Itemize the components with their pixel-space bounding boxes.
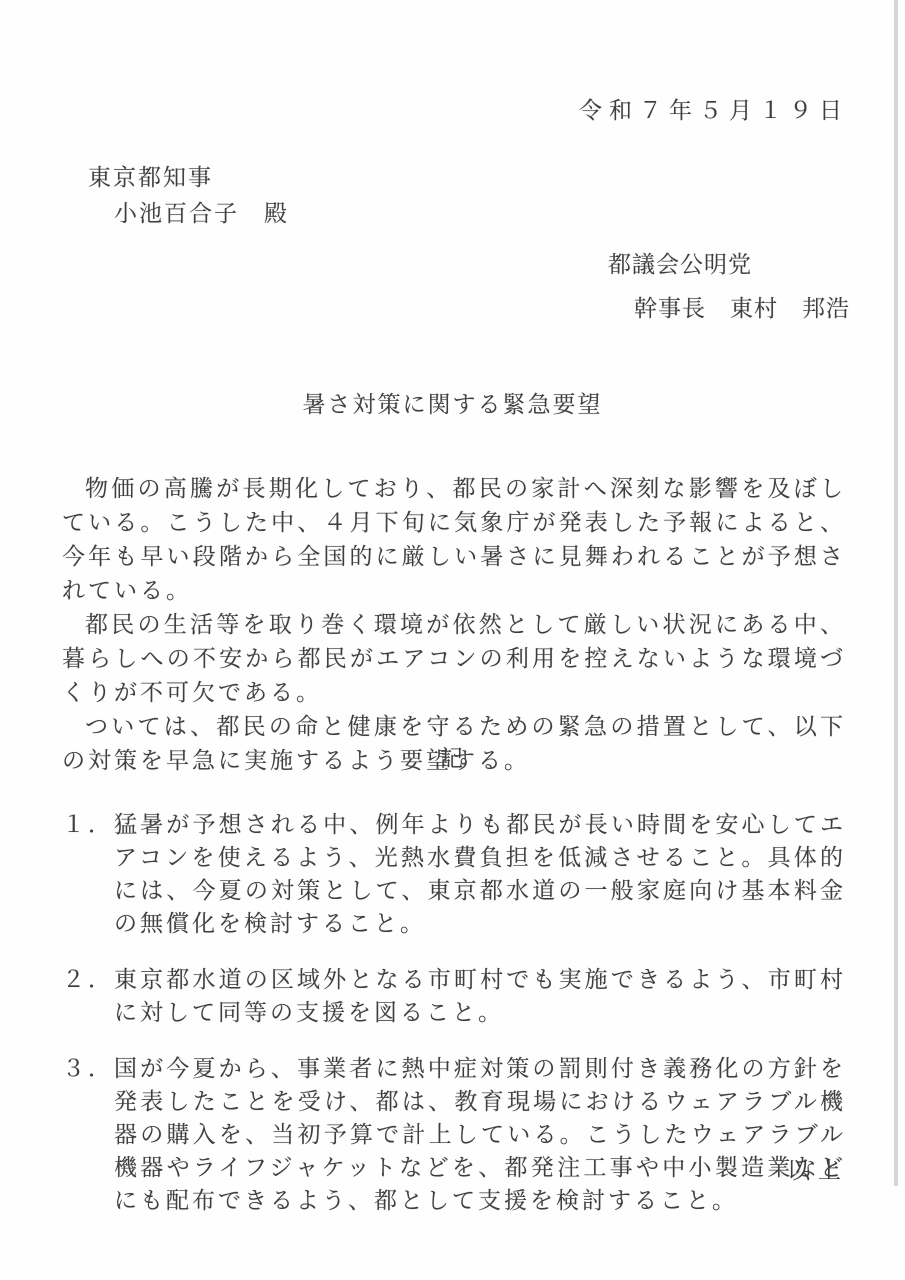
scan-edge-line — [894, 0, 898, 1186]
request-item: ２． 東京都水道の区域外となる市町村でも実施できるよう、市町村に対して同等の支援… — [62, 963, 846, 1029]
document-date: 令和７年５月１９日 — [579, 92, 849, 125]
item-number: １． — [62, 808, 114, 940]
item-text: 国が今夏から、事業者に熱中症対策の罰則付き義務化の方針を発表したことを受け、都は… — [114, 1052, 846, 1217]
request-item: １． 猛暑が予想される中、例年よりも都民が長い時間を安心してエアコンを使えるよう… — [62, 808, 846, 940]
item-number: ２． — [62, 963, 114, 1029]
document-page: 令和７年５月１９日 東京都知事 小池百合子 殿 都議会公明党 幹事長 東村 邦浩… — [0, 0, 905, 1280]
note-marker: 記 — [0, 740, 905, 773]
sender-organization: 都議会公明党 — [608, 248, 850, 282]
document-title: 暑さ対策に関する緊急要望 — [0, 386, 905, 419]
recipient-block: 東京都知事 小池百合子 殿 — [88, 160, 289, 232]
body-paragraph: 物価の高騰が長期化しており、都民の家計へ深刻な影響を及ぼしている。こうした中、４… — [62, 472, 846, 608]
recipient-name: 小池百合子 殿 — [114, 196, 289, 232]
body-paragraph: 都民の生活等を取り巻く環境が依然として厳しい状況にある中、暮らしへの不安から都民… — [62, 608, 846, 710]
item-text: 東京都水道の区域外となる市町村でも実施できるよう、市町村に対して同等の支援を図る… — [114, 963, 846, 1029]
request-item: ３． 国が今夏から、事業者に熱中症対策の罰則付き義務化の方針を発表したことを受け… — [62, 1052, 846, 1217]
recipient-office: 東京都知事 — [88, 160, 289, 196]
sender-block: 都議会公明党 幹事長 東村 邦浩 — [608, 248, 850, 326]
item-number: ３． — [62, 1052, 114, 1217]
request-items-list: １． 猛暑が予想される中、例年よりも都民が長い時間を安心してエアコンを使えるよう… — [62, 808, 846, 1240]
body-text: 物価の高騰が長期化しており、都民の家計へ深刻な影響を及ぼしている。こうした中、４… — [62, 472, 846, 778]
closing-statement: 以上 — [787, 1152, 849, 1185]
item-text: 猛暑が予想される中、例年よりも都民が長い時間を安心してエアコンを使えるよう、光熱… — [114, 808, 846, 940]
sender-person: 幹事長 東村 邦浩 — [634, 292, 850, 326]
